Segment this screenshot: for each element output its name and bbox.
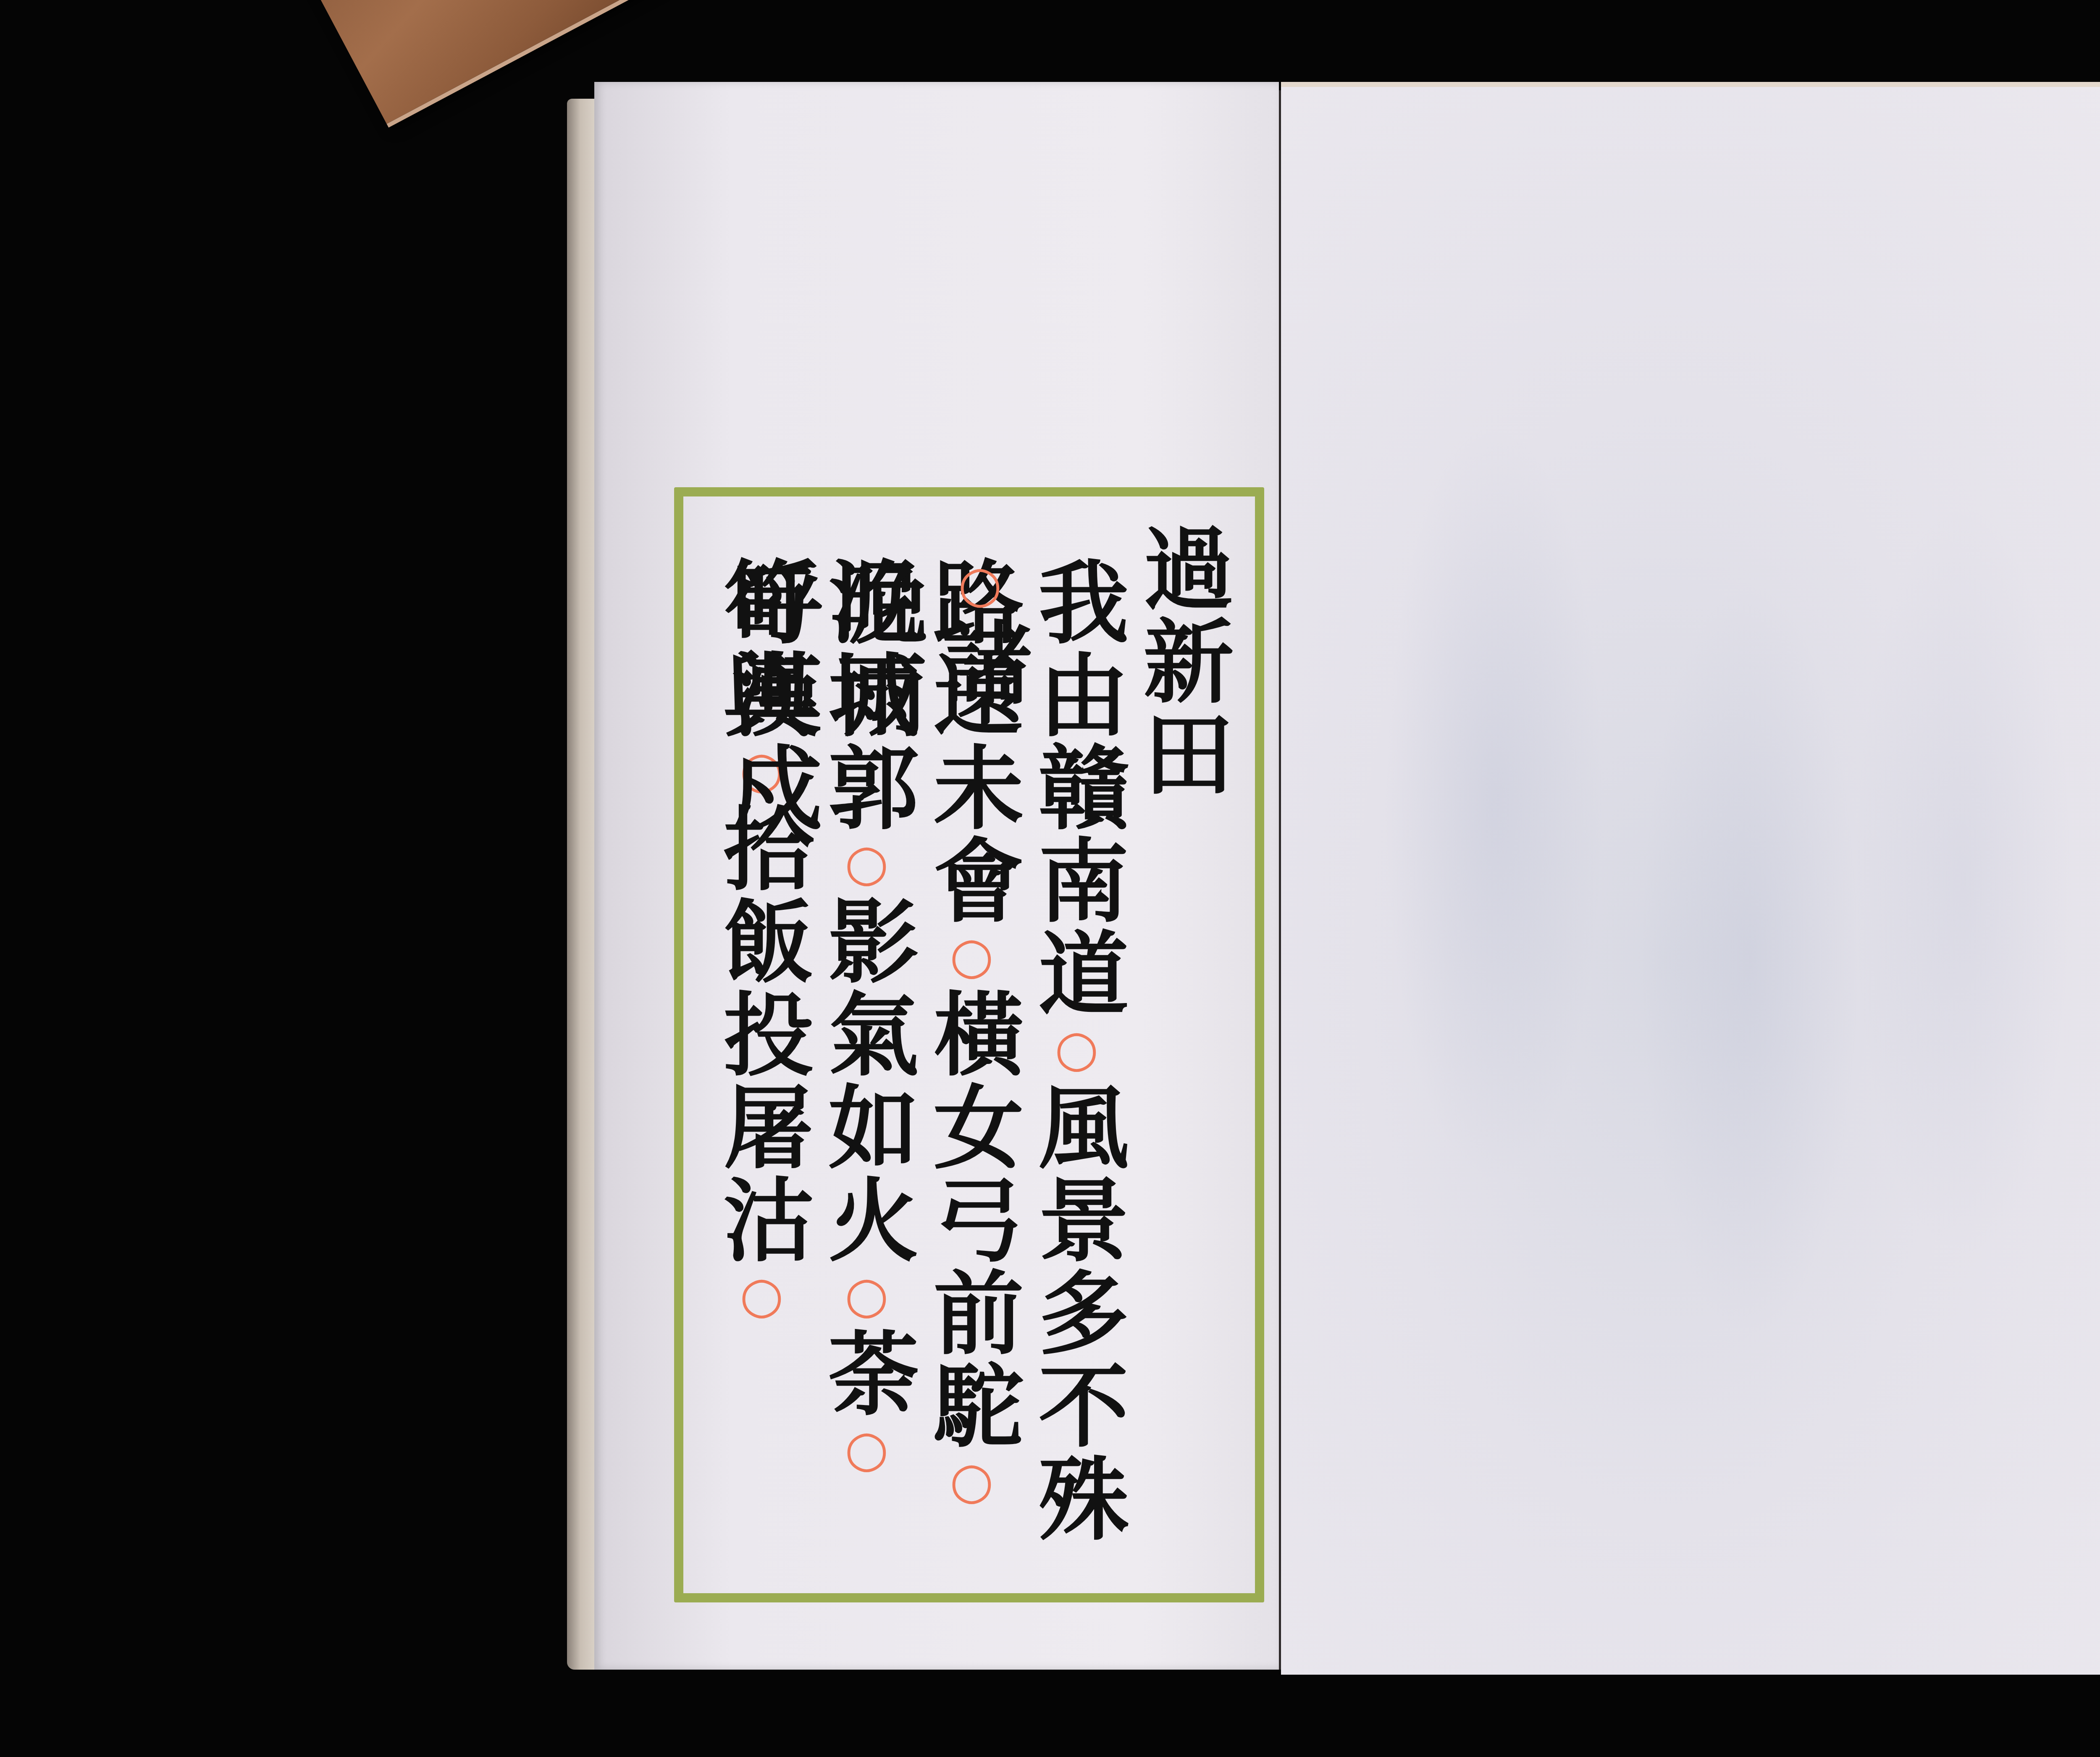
- column-text: 諸: [927, 616, 1033, 709]
- column-text: 風景多不殊: [1024, 1080, 1130, 1544]
- red-circle-mark: ○: [942, 927, 1001, 987]
- red-circle-mark: ○: [837, 1420, 896, 1481]
- green-printed-frame: 過新田 我由贛南道○風景多不殊○諸 路遠未會○橫女弓前駝○晚雨 泥城郭○影氣如火…: [674, 487, 1264, 1602]
- column-text: 影氣如火: [814, 895, 920, 1266]
- red-circle-mark: ○: [951, 555, 1009, 616]
- column-text: 呼漢戍: [717, 555, 823, 834]
- left-page: 過新田 我由贛南道○風景多不殊○諸 路遠未會○橫女弓前駝○晚雨 泥城郭○影氣如火…: [594, 82, 1279, 1670]
- right-page: [1281, 82, 2100, 1675]
- red-circle-mark: ○: [1047, 1019, 1106, 1080]
- title-text: 過新田: [1129, 522, 1235, 800]
- ink-bleed-through: [1281, 87, 2100, 1675]
- column-text: 我由贛南道: [1024, 555, 1130, 1019]
- red-circle-mark: ○: [837, 1266, 896, 1327]
- poem-title: 過新田: [1133, 522, 1230, 1560]
- red-circle-mark: ○: [942, 1452, 1001, 1513]
- open-book: 過新田 我由贛南道○風景多不殊○諸 路遠未會○橫女弓前駝○晚雨 泥城郭○影氣如火…: [567, 82, 2100, 1670]
- column-text: 荼: [814, 1327, 920, 1420]
- red-circle-mark: ○: [837, 834, 896, 895]
- calligraphy-columns: 過新田 我由贛南道○風景多不殊○諸 路遠未會○橫女弓前駝○晚雨 泥城郭○影氣如火…: [717, 522, 1230, 1560]
- column-text: 橫女弓前駝: [919, 987, 1025, 1452]
- column-text: 晚雨: [822, 555, 928, 741]
- column-text: 拾飯投屠沽: [709, 802, 815, 1266]
- text-column-2: 我由贛南道○風景多不殊○諸: [1028, 555, 1125, 1560]
- red-circle-mark: ○: [732, 1266, 791, 1327]
